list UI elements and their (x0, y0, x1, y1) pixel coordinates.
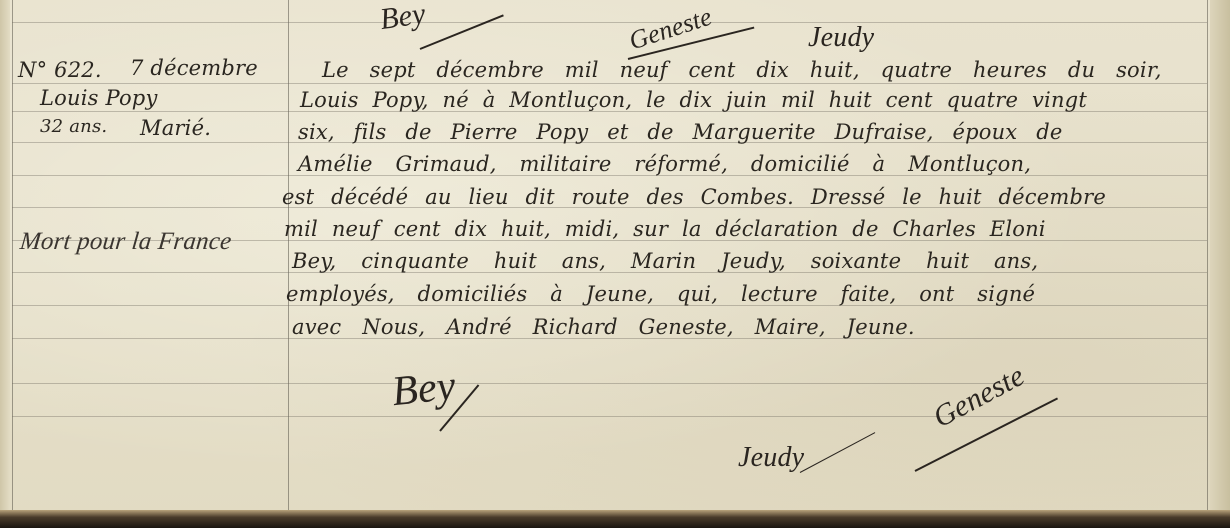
signature-bottom-bey: Bey (390, 362, 458, 416)
signature-flourish (420, 14, 504, 50)
signature-flourish (800, 432, 876, 473)
entry-date: 7 décembre (130, 56, 258, 80)
marital-status: Marié. (140, 116, 211, 140)
margin-rule-right (1207, 0, 1208, 510)
margin-rule-left (12, 0, 13, 510)
body-line: Bey, cinquante huit ans, Marin Jeudy, so… (292, 249, 1038, 273)
body-line: mil neuf cent dix huit, midi, sur la déc… (284, 217, 1046, 241)
ruled-line (12, 22, 1207, 23)
signature-top-jeudy: Jeudy (808, 22, 874, 54)
book-bottom-edge (0, 510, 1230, 528)
signature-bottom-geneste: Geneste (928, 359, 1031, 435)
ruled-line (12, 416, 1207, 417)
margin-rule (288, 0, 289, 510)
body-line: est décédé au lieu dit route des Combes.… (282, 185, 1106, 209)
signature-top-bey: Bey (378, 0, 428, 37)
ruled-line (12, 83, 1207, 84)
body-line: Le sept décembre mil neuf cent dix huit,… (322, 58, 1162, 82)
body-line: avec Nous, André Richard Geneste, Maire,… (292, 315, 915, 339)
body-line: Amélie Grimaud, militaire réformé, domic… (298, 152, 1031, 176)
page-right-edge (1210, 0, 1230, 518)
body-line: six, fils de Pierre Popy et de Marguerit… (298, 120, 1062, 144)
page-left-edge (0, 0, 10, 518)
signature-bottom-jeudy: Jeudy (738, 442, 804, 474)
body-line: employés, domiciliés à Jeune, qui, lectu… (286, 282, 1035, 306)
entry-number: N° 622. (18, 58, 102, 82)
body-line: Louis Popy, né à Montluçon, le dix juin … (300, 88, 1087, 112)
mort-pour-la-france-mention: Mort pour la France (19, 228, 233, 256)
deceased-age: 32 ans. (40, 116, 107, 137)
deceased-name: Louis Popy (40, 86, 158, 110)
register-page: Bey Geneste Jeudy N° 622. 7 décembre Lou… (0, 0, 1230, 518)
